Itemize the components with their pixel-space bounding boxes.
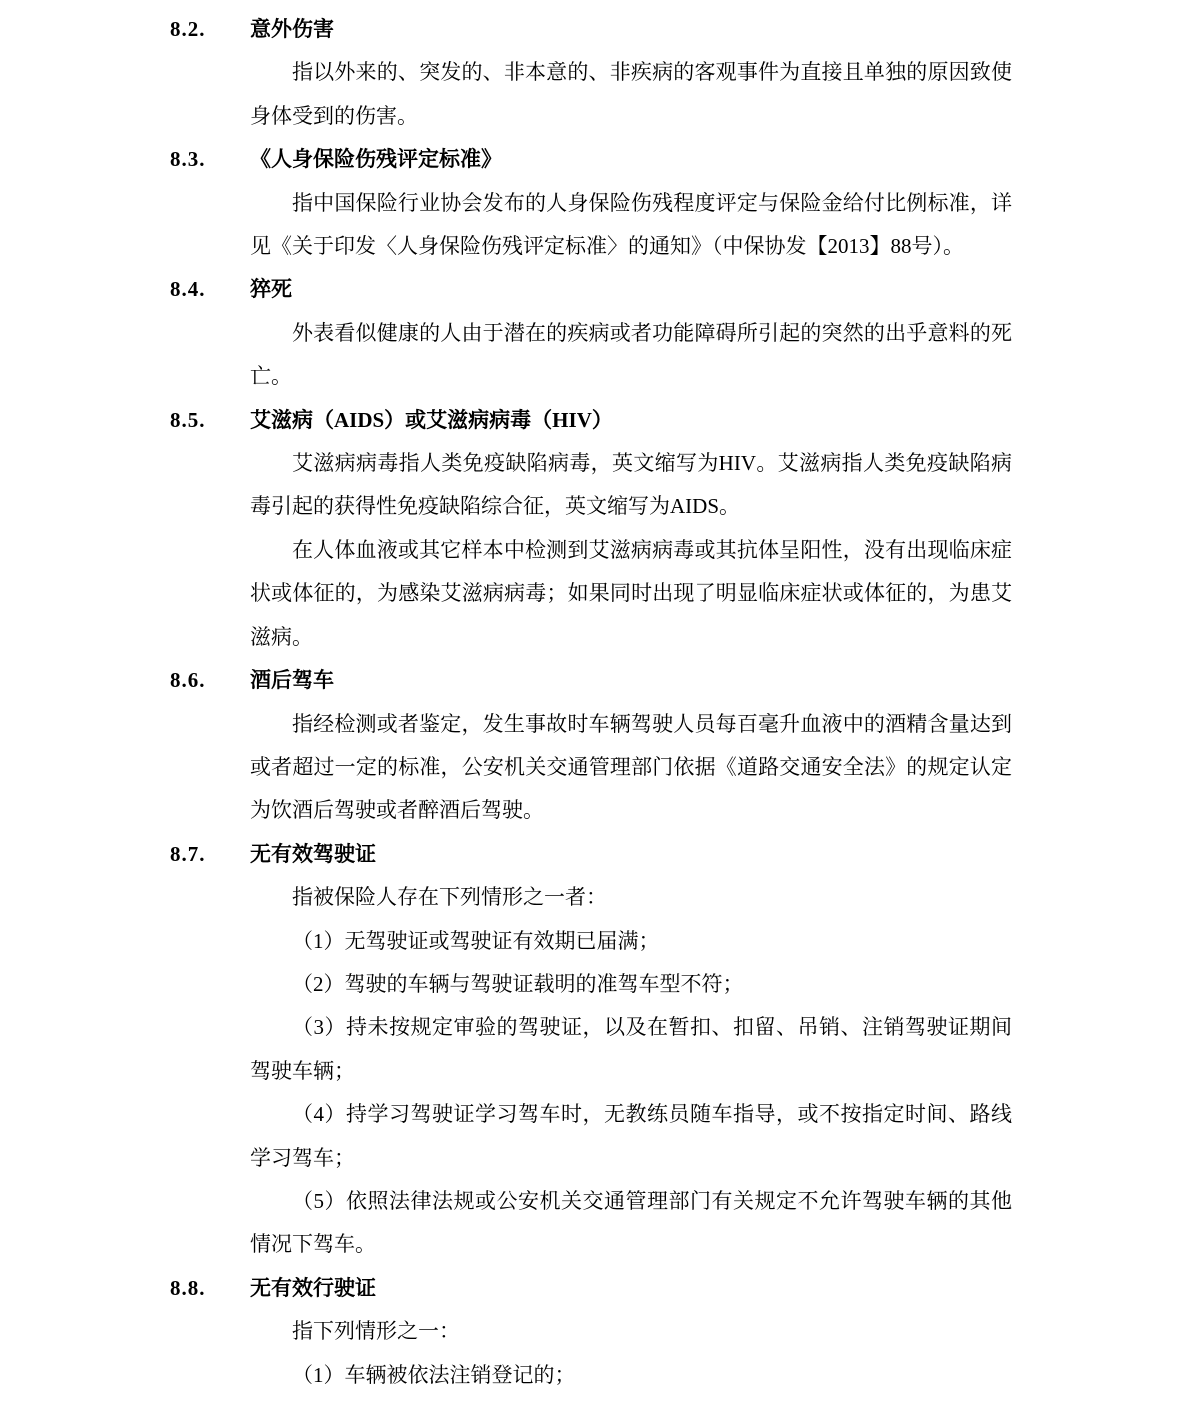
definition-section: 8.2. 意外伤害 指以外来的、突发的、非本意的、非疾病的客观事件为直接且单独的… bbox=[170, 8, 1013, 138]
section-title: 猝死 bbox=[250, 268, 1013, 311]
paragraph: 指以外来的、突发的、非本意的、非疾病的客观事件为直接且单独的原因致使身体受到的伤… bbox=[250, 51, 1012, 138]
section-number: 8.7. bbox=[170, 833, 250, 876]
paragraph: （2）驾驶的车辆与驾驶证载明的准驾车型不符； bbox=[250, 963, 1012, 1006]
section-title: 无有效驾驶证 bbox=[250, 833, 1013, 876]
section-heading: 8.3. 《人身保险伤残评定标准》 bbox=[170, 138, 1013, 181]
paragraph: （3）持未按规定审验的驾驶证，以及在暂扣、扣留、吊销、注销驾驶证期间驾驶车辆； bbox=[250, 1006, 1012, 1093]
document-page: 8.2. 意外伤害 指以外来的、突发的、非本意的、非疾病的客观事件为直接且单独的… bbox=[0, 0, 1190, 1420]
definition-section: 8.7. 无有效驾驶证 指被保险人存在下列情形之一者： （1）无驾驶证或驾驶证有… bbox=[170, 833, 1013, 1267]
sections-container: 8.2. 意外伤害 指以外来的、突发的、非本意的、非疾病的客观事件为直接且单独的… bbox=[170, 8, 1013, 1397]
section-paragraphs: 指经检测或者鉴定，发生事故时车辆驾驶人员每百毫升血液中的酒精含量达到或者超过一定… bbox=[250, 703, 1012, 833]
paragraph: （1）无驾驶证或驾驶证有效期已届满； bbox=[250, 920, 1012, 963]
section-title: 无有效行驶证 bbox=[250, 1267, 1013, 1310]
paragraph: 在人体血液或其它样本中检测到艾滋病病毒或其抗体呈阳性，没有出现临床症状或体征的，… bbox=[250, 529, 1012, 659]
definition-section: 8.5. 艾滋病（AIDS）或艾滋病病毒（HIV） 艾滋病病毒指人类免疫缺陷病毒… bbox=[170, 399, 1013, 659]
section-heading: 8.8. 无有效行驶证 bbox=[170, 1267, 1013, 1310]
section-title: 《人身保险伤残评定标准》 bbox=[250, 138, 1013, 181]
section-number: 8.8. bbox=[170, 1267, 250, 1310]
section-paragraphs: 指下列情形之一： （1）车辆被依法注销登记的； bbox=[250, 1310, 1012, 1397]
section-heading: 8.7. 无有效驾驶证 bbox=[170, 833, 1013, 876]
section-paragraphs: 指被保险人存在下列情形之一者： （1）无驾驶证或驾驶证有效期已届满； （2）驾驶… bbox=[250, 876, 1012, 1267]
definition-section: 8.8. 无有效行驶证 指下列情形之一： （1）车辆被依法注销登记的； bbox=[170, 1267, 1013, 1397]
paragraph: 指下列情形之一： bbox=[250, 1310, 1012, 1353]
paragraph: （5）依照法律法规或公安机关交通管理部门有关规定不允许驾驶车辆的其他情况下驾车。 bbox=[250, 1180, 1012, 1267]
paragraph: （1）车辆被依法注销登记的； bbox=[250, 1354, 1012, 1397]
section-heading: 8.4. 猝死 bbox=[170, 268, 1013, 311]
definition-section: 8.6. 酒后驾车 指经检测或者鉴定，发生事故时车辆驾驶人员每百毫升血液中的酒精… bbox=[170, 659, 1013, 833]
definition-section: 8.4. 猝死 外表看似健康的人由于潜在的疾病或者功能障碍所引起的突然的出乎意料… bbox=[170, 268, 1013, 398]
section-title: 酒后驾车 bbox=[250, 659, 1013, 702]
section-heading: 8.5. 艾滋病（AIDS）或艾滋病病毒（HIV） bbox=[170, 399, 1013, 442]
definition-section: 8.3. 《人身保险伤残评定标准》 指中国保险行业协会发布的人身保险伤残程度评定… bbox=[170, 138, 1013, 268]
section-title: 艾滋病（AIDS）或艾滋病病毒（HIV） bbox=[250, 399, 1013, 442]
section-heading: 8.6. 酒后驾车 bbox=[170, 659, 1013, 702]
paragraph: 指被保险人存在下列情形之一者： bbox=[250, 876, 1012, 919]
paragraph: （4）持学习驾驶证学习驾车时，无教练员随车指导，或不按指定时间、路线学习驾车； bbox=[250, 1093, 1012, 1180]
paragraph: 外表看似健康的人由于潜在的疾病或者功能障碍所引起的突然的出乎意料的死亡。 bbox=[250, 312, 1012, 399]
section-number: 8.5. bbox=[170, 399, 250, 442]
section-title: 意外伤害 bbox=[250, 8, 1013, 51]
section-paragraphs: 外表看似健康的人由于潜在的疾病或者功能障碍所引起的突然的出乎意料的死亡。 bbox=[250, 312, 1012, 399]
section-paragraphs: 艾滋病病毒指人类免疫缺陷病毒，英文缩写为HIV。艾滋病指人类免疫缺陷病毒引起的获… bbox=[250, 442, 1012, 659]
section-number: 8.4. bbox=[170, 268, 250, 311]
section-number: 8.2. bbox=[170, 8, 250, 51]
section-number: 8.6. bbox=[170, 659, 250, 702]
section-heading: 8.2. 意外伤害 bbox=[170, 8, 1013, 51]
section-number: 8.3. bbox=[170, 138, 250, 181]
section-paragraphs: 指以外来的、突发的、非本意的、非疾病的客观事件为直接且单独的原因致使身体受到的伤… bbox=[250, 51, 1012, 138]
section-paragraphs: 指中国保险行业协会发布的人身保险伤残程度评定与保险金给付比例标准，详见《关于印发… bbox=[250, 182, 1012, 269]
paragraph: 指中国保险行业协会发布的人身保险伤残程度评定与保险金给付比例标准，详见《关于印发… bbox=[250, 182, 1012, 269]
paragraph: 指经检测或者鉴定，发生事故时车辆驾驶人员每百毫升血液中的酒精含量达到或者超过一定… bbox=[250, 703, 1012, 833]
paragraph: 艾滋病病毒指人类免疫缺陷病毒，英文缩写为HIV。艾滋病指人类免疫缺陷病毒引起的获… bbox=[250, 442, 1012, 529]
